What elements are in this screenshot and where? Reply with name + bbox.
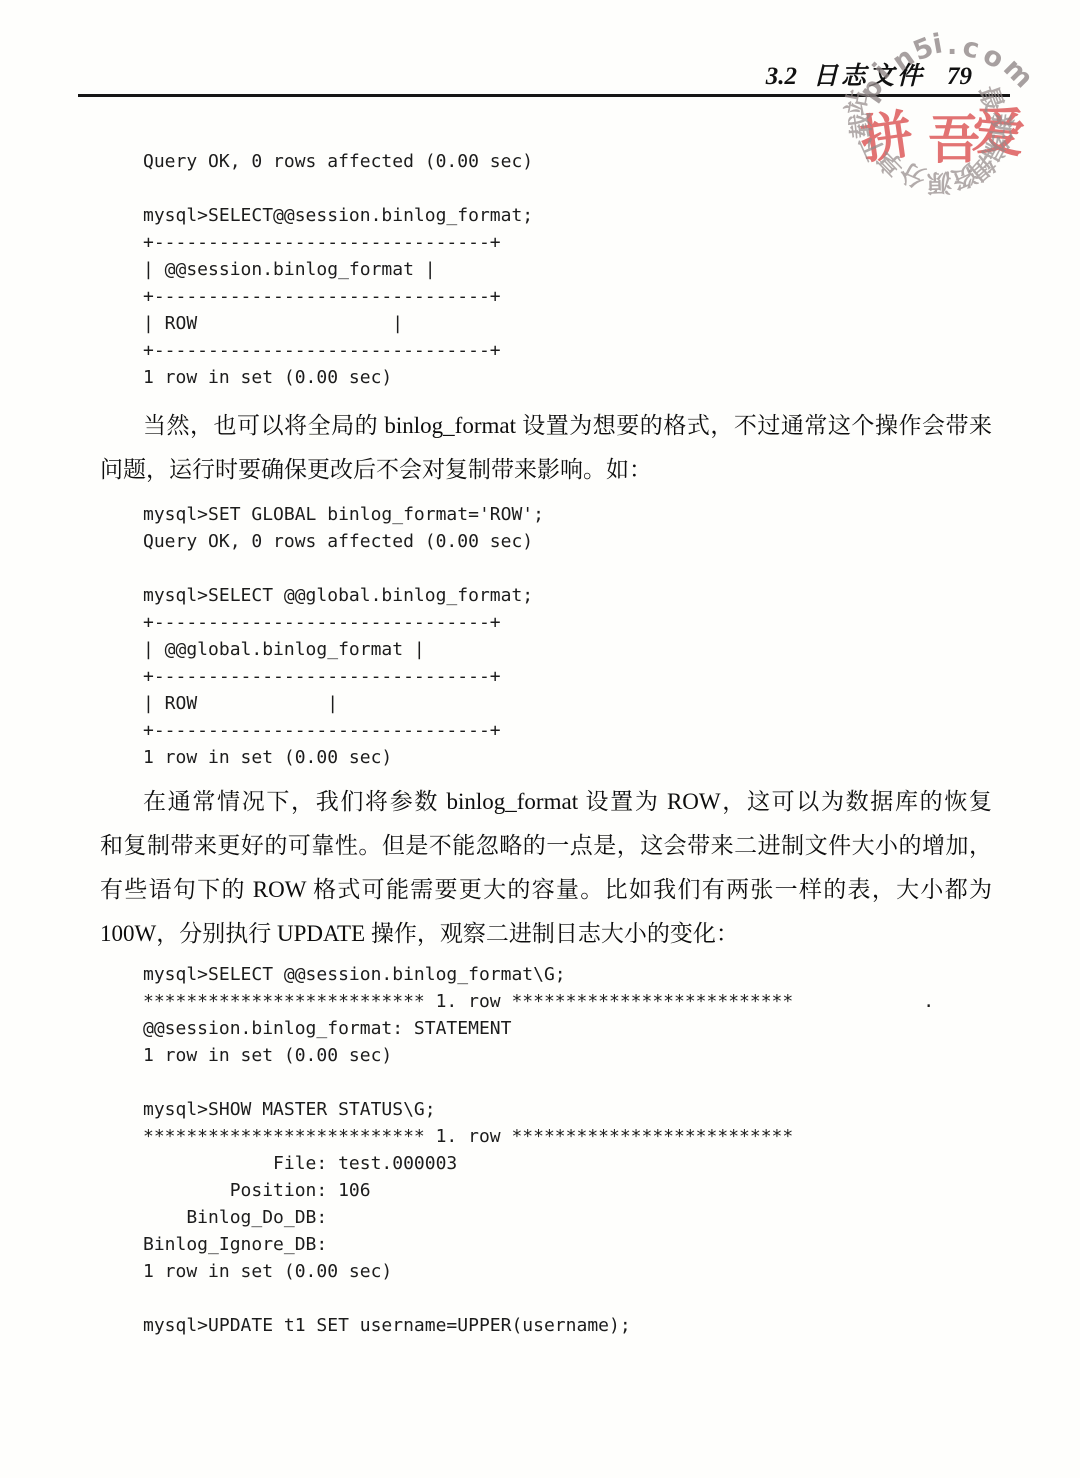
code-line: ************************** 1. row ******…: [143, 988, 992, 1015]
paragraph-line: 问题，运行时要确保更改后不会对复制带来影响。如：: [100, 448, 992, 492]
code-line: Query OK, 0 rows affected (0.00 sec): [143, 528, 992, 555]
page-body: Query OK, 0 rows affected (0.00 sec) mys…: [0, 0, 1080, 1339]
code-line: mysql>SELECT @@global.binlog_format;: [143, 582, 992, 609]
code-line: [143, 1285, 992, 1312]
code-line: Binlog_Ignore_DB:: [143, 1231, 992, 1258]
code-block-set-global: mysql>SET GLOBAL binlog_format='ROW'; Qu…: [143, 501, 992, 771]
code-line: ************************** 1. row ******…: [143, 1123, 992, 1150]
paragraph-row-format: 在通常情况下，我们将参数 binlog_format 设置为 ROW，这可以为数…: [100, 780, 992, 956]
code-line: [143, 175, 992, 202]
paragraph-line: 100W，分别执行 UPDATE 操作，观察二进制日志大小的变化：: [100, 912, 992, 956]
code-line: mysql>UPDATE t1 SET username=UPPER(usern…: [143, 1312, 992, 1339]
code-line: mysql>SELECT@@session.binlog_format;: [143, 202, 992, 229]
code-line: Position: 106: [143, 1177, 992, 1204]
code-line: mysql>SET GLOBAL binlog_format='ROW';: [143, 501, 992, 528]
code-line: +-------------------------------+: [143, 337, 992, 364]
code-line: mysql>SELECT @@session.binlog_format\G;: [143, 961, 992, 988]
code-line: +-------------------------------+: [143, 717, 992, 744]
paragraph-line: 在通常情况下，我们将参数 binlog_format 设置为 ROW，这可以为数…: [100, 780, 992, 824]
code-line: +-------------------------------+: [143, 283, 992, 310]
code-line: | ROW |: [143, 310, 992, 337]
paragraph-line: 和复制带来更好的可靠性。但是不能忽略的一点是，这会带来二进制文件大小的增加，: [100, 824, 992, 868]
code-line: 1 row in set (0.00 sec): [143, 744, 992, 771]
code-line: Binlog_Do_DB:: [143, 1204, 992, 1231]
code-line: File: test.000003: [143, 1150, 992, 1177]
code-line: 1 row in set (0.00 sec): [143, 1042, 992, 1069]
paragraph-line: 有些语句下的 ROW 格式可能需要更大的容量。比如我们有两张一样的表，大小都为: [100, 868, 992, 912]
code-block-master-status: mysql>SELECT @@session.binlog_format\G; …: [143, 961, 992, 1339]
code-line: +-------------------------------+: [143, 663, 992, 690]
code-line: [143, 1069, 992, 1096]
code-line: Query OK, 0 rows affected (0.00 sec): [143, 148, 992, 175]
paragraph-global-binlog: 当然，也可以将全局的 binlog_format 设置为想要的格式，不过通常这个…: [100, 404, 992, 492]
code-line: mysql>SHOW MASTER STATUS\G;: [143, 1096, 992, 1123]
code-line: @@session.binlog_format: STATEMENT: [143, 1015, 992, 1042]
code-block-session-binlog-format: Query OK, 0 rows affected (0.00 sec) mys…: [143, 148, 992, 391]
code-line: | @@global.binlog_format |: [143, 636, 992, 663]
code-line: | ROW |: [143, 690, 992, 717]
code-line: 1 row in set (0.00 sec): [143, 364, 992, 391]
code-line: +-------------------------------+: [143, 609, 992, 636]
code-line: | @@session.binlog_format |: [143, 256, 992, 283]
code-line: +-------------------------------+: [143, 229, 992, 256]
code-line: [143, 555, 992, 582]
code-line: 1 row in set (0.00 sec): [143, 1258, 992, 1285]
paragraph-line: 当然，也可以将全局的 binlog_format 设置为想要的格式，不过通常这个…: [100, 404, 992, 448]
